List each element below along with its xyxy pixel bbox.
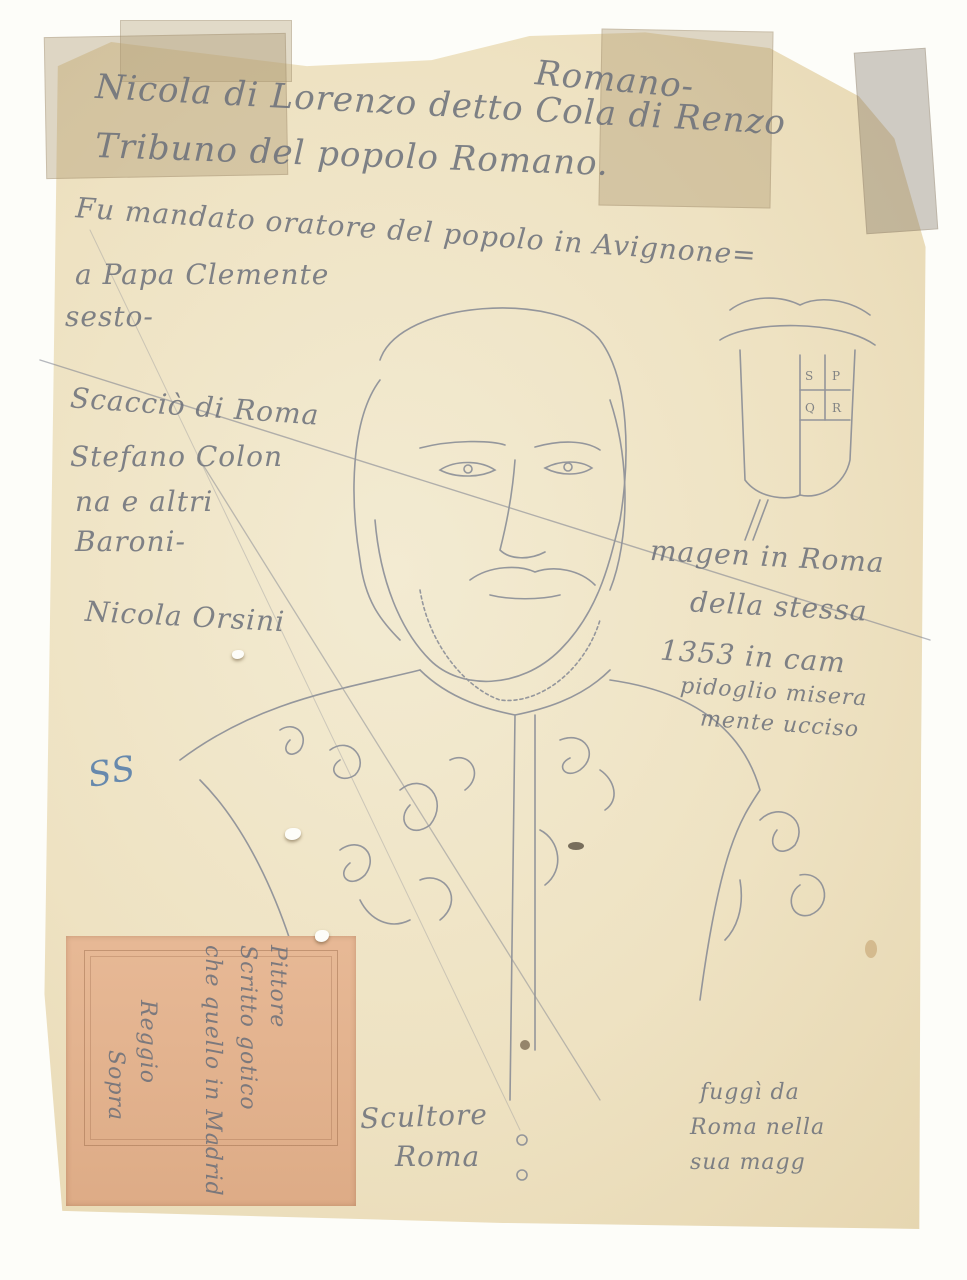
- note-label-5: Sopra: [103, 1050, 128, 1121]
- arms-letter: S: [805, 369, 813, 383]
- note-label-4: Reggio: [135, 1000, 160, 1084]
- note-label-1: Pittore: [265, 945, 290, 1028]
- note-bottom-center-1: Scultore: [359, 1098, 488, 1135]
- note-line5: sesto-: [65, 300, 154, 333]
- blue-pencil-mark: SS: [85, 748, 139, 796]
- arms-letter: R: [832, 401, 842, 415]
- note-left-3: na e altri: [75, 485, 213, 518]
- arms-letter: Q: [805, 401, 815, 415]
- note-bottom-right-3: sua magg: [690, 1150, 806, 1175]
- note-bottom-right-2: Roma nella: [690, 1115, 825, 1140]
- arms-letter: P: [832, 369, 840, 383]
- stain: [865, 940, 877, 958]
- note-bottom-center-2: Roma: [395, 1140, 480, 1173]
- note-left-2: Stefano Colon: [70, 440, 283, 473]
- ink-spot: [568, 842, 584, 850]
- ink-spot: [520, 1040, 530, 1050]
- note-line4: a Papa Clemente: [75, 258, 329, 291]
- note-bottom-right-1: fuggì da: [700, 1080, 800, 1105]
- note-left-4: Baroni-: [75, 525, 186, 558]
- note-label-3: che quello in Madrid: [200, 945, 225, 1197]
- note-label-2: Scritto gotico: [235, 945, 260, 1111]
